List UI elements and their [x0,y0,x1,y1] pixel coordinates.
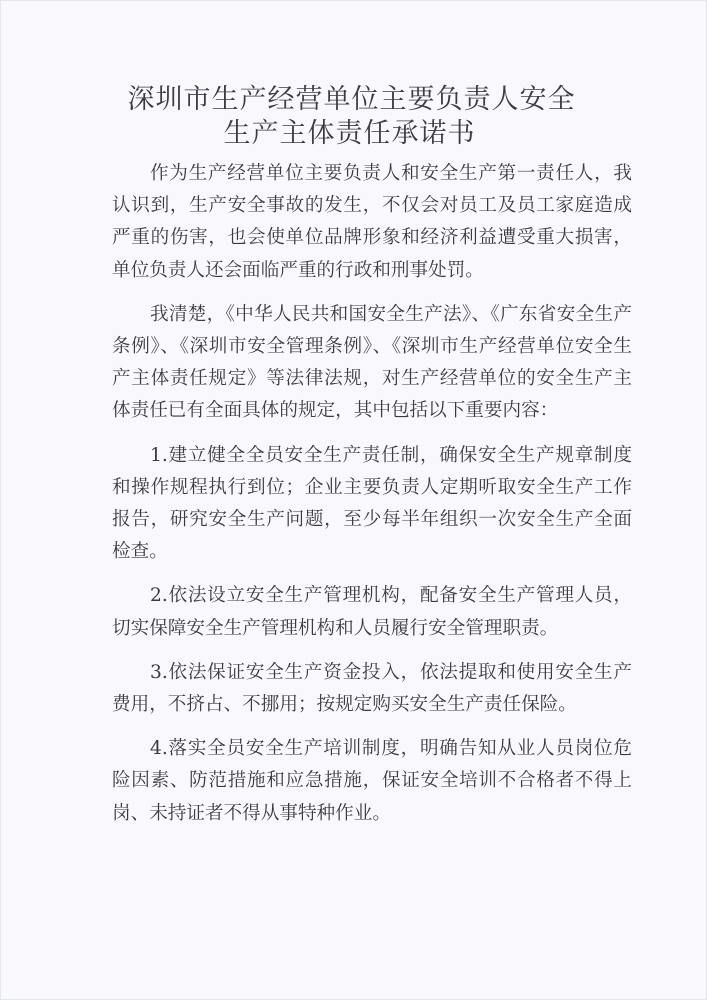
paragraph-item-2: 2.依法设立安全生产管理机构，配备安全生产管理人员，切实保障安全生产管理机构和人… [112,580,632,644]
document-body: 作为生产经营单位主要负责人和安全生产第一责任人，我认识到，生产安全事故的发生，不… [112,158,632,830]
text-line: 切实保障安全生产管理机构和人员履行安全管理职责。 [112,618,558,639]
paragraph-item-3: 3.依法保证安全生产资金投入，依法提取和使用安全生产费用，不挤占、不挪用；按规定… [112,657,632,721]
document-title-line-1: 深圳市生产经营单位主要负责人安全 [0,83,705,117]
text-line: 1.建立健全全员安全生产责任制，确保安全生产规章制 [150,445,613,466]
paragraph-item-1: 1.建立健全全员安全生产责任制，确保安全生产规章制度和操作规程执行到位；企业主要… [112,440,632,569]
text-line: 容： [521,400,558,421]
paragraph-intro: 作为生产经营单位主要负责人和安全生产第一责任人，我认识到，生产安全事故的发生，不… [112,158,632,287]
paragraph-laws: 我清楚，《中华人民共和国安全生产法》、《广东省安全生产条例》、《深圳市安全管理条… [112,299,632,428]
text-line: 3.依法保证安全生产资金投入，依法提取和使用安全生 [150,662,613,683]
paragraph-item-4: 4.落实全员安全生产培训制度，明确告知从业人员岗位危险因素、防范措施和应急措施，… [112,733,632,830]
document-page: 深圳市生产经营单位主要负责人安全 生产主体责任承诺书 作为生产经营单位主要负责人… [0,0,707,1000]
text-line: 作为生产经营单位主要负责人和安全生产第一责任人， [150,163,613,184]
document-title-line-2: 生产主体责任承诺书 [0,117,703,151]
text-line: 4.落实全员安全生产培训制度，明确告知从业人员岗位 [150,738,613,759]
text-line: 2.依法设立安全生产管理机构，配备安全生产管理人员， [150,585,632,606]
text-line: 我清楚，《中华人民共和国安全生产法》、《广东省安全 [150,304,595,325]
